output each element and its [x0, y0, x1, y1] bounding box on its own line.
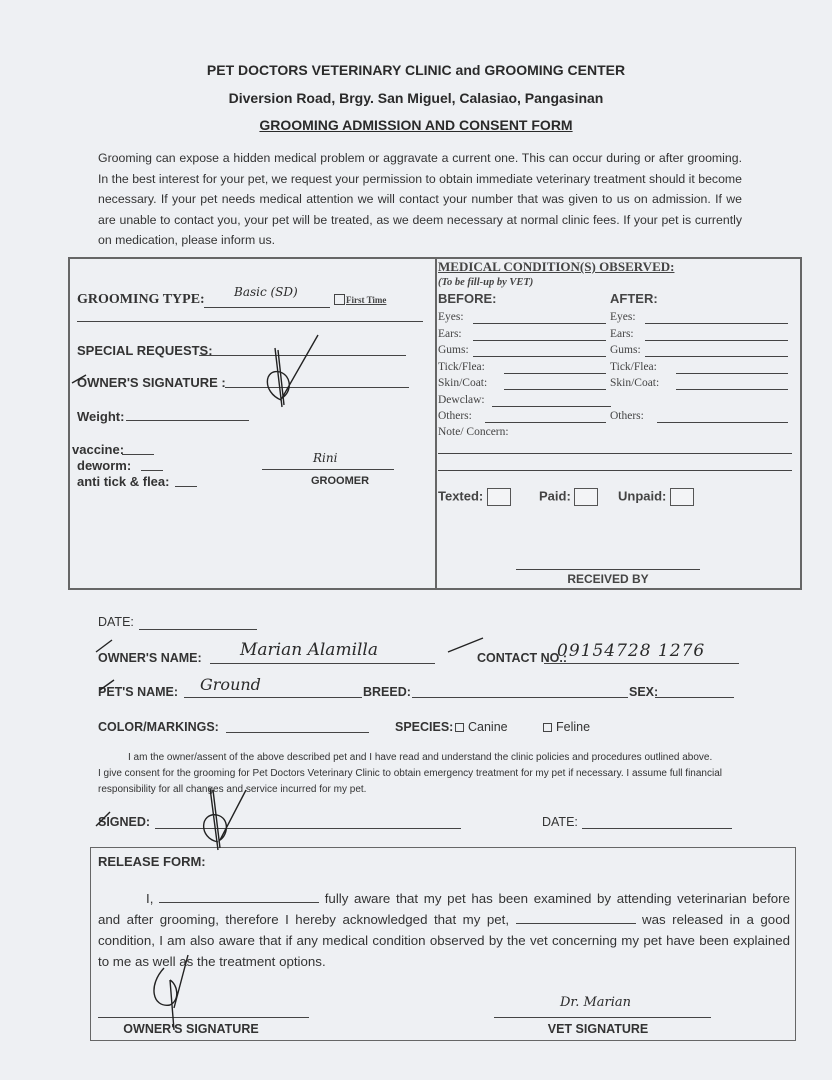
paid-checkbox[interactable] [574, 488, 598, 506]
before-field-input[interactable] [492, 406, 611, 407]
before-field-label: Tick/Flea: [438, 361, 485, 373]
species-canine-option[interactable]: Canine [455, 720, 508, 734]
pet-name-value: Ground [200, 675, 261, 694]
grooming-type-label: GROOMING TYPE: [77, 292, 205, 308]
release-i: I, [146, 891, 153, 906]
note-concern-line-1[interactable] [438, 453, 792, 454]
color-markings-field[interactable] [226, 732, 369, 733]
note-concern-label: Note/ Concern: [438, 426, 509, 438]
contact-field[interactable] [544, 663, 739, 664]
after-field-label: Ears: [610, 328, 634, 340]
first-time-checkbox[interactable] [334, 294, 345, 305]
owner-name-field[interactable] [210, 663, 435, 664]
owner-name-value: Marian Alamilla [240, 640, 378, 660]
paid-label: Paid: [539, 488, 571, 503]
grooming-type-field[interactable] [204, 307, 330, 308]
medical-title: MEDICAL CONDITION(S) OBSERVED: [438, 259, 674, 275]
consent-rest: I give consent for the grooming for Pet … [98, 766, 742, 798]
canine-label: Canine [468, 720, 508, 734]
vaccine-field[interactable] [122, 454, 154, 455]
release-owner-signature-label: OWNER'S SIGNATURE [98, 1022, 284, 1036]
feline-checkbox[interactable] [543, 723, 552, 732]
vet-signature-label: VET SIGNATURE [494, 1022, 702, 1036]
before-field-label: Dewclaw: [438, 394, 485, 406]
sex-field[interactable] [655, 697, 734, 698]
texted-label: Texted: [438, 488, 483, 503]
after-field-input[interactable] [645, 356, 788, 357]
special-requests-label: SPECIAL REQUESTS: [77, 343, 213, 358]
before-field-label: Others: [438, 410, 472, 422]
after-field-label: Others: [610, 410, 644, 422]
paid-field: Paid: [539, 488, 598, 506]
release-owner-name-field[interactable] [159, 891, 319, 903]
after-field-label: Gums: [610, 344, 641, 356]
after-field-input[interactable] [657, 422, 788, 423]
unpaid-field: Unpaid: [618, 488, 694, 506]
consent-line-1: I am the owner/assent of the above descr… [98, 750, 742, 766]
texted-checkbox[interactable] [487, 488, 511, 506]
sex-label: SEX: [629, 685, 658, 699]
date-field[interactable] [139, 629, 257, 630]
pet-name-field[interactable] [184, 697, 362, 698]
before-field-label: Ears: [438, 328, 462, 340]
grooming-type-value: Basic (SD) [234, 285, 298, 299]
consent-paragraph: I am the owner/assent of the above descr… [98, 750, 742, 798]
before-field-input[interactable] [473, 323, 606, 324]
consent-date-label: DATE: [542, 815, 578, 829]
release-owner-signature-field[interactable] [98, 1017, 309, 1018]
signed-label: SIGNED: [98, 815, 150, 829]
weight-label: Weight: [77, 409, 124, 424]
species-feline-option[interactable]: Feline [543, 720, 590, 734]
breed-label: BREED: [363, 685, 411, 699]
owner-signature-label: OWNER'S SIGNATURE : [77, 375, 226, 390]
before-field-input[interactable] [473, 356, 606, 357]
after-field-input[interactable] [645, 340, 788, 341]
before-field-input[interactable] [504, 389, 606, 390]
signed-field[interactable] [155, 828, 461, 829]
anti-tick-flea-label: anti tick & flea: [77, 474, 169, 489]
note-concern-line-2[interactable] [438, 470, 792, 471]
before-label: BEFORE: [438, 291, 497, 306]
first-time-label: First Time [346, 295, 386, 305]
vet-signature-field[interactable] [494, 1017, 711, 1018]
before-field-input[interactable] [473, 340, 606, 341]
clinic-name: PET DOCTORS VETERINARY CLINIC and GROOMI… [0, 62, 832, 78]
species-label: SPECIES: [395, 720, 453, 734]
groomer-field[interactable] [262, 469, 394, 470]
deworm-field[interactable] [141, 470, 163, 471]
weight-field[interactable] [126, 420, 249, 421]
received-by-field[interactable] [516, 569, 700, 570]
release-title: RELEASE FORM: [98, 854, 206, 869]
clinic-address: Diversion Road, Brgy. San Miguel, Calasi… [0, 90, 832, 106]
after-field-label: Eyes: [610, 311, 636, 323]
canine-checkbox[interactable] [455, 723, 464, 732]
after-label: AFTER: [610, 291, 658, 306]
owner-name-label: OWNER'S NAME: [98, 651, 202, 665]
unpaid-label: Unpaid: [618, 488, 666, 503]
color-markings-label: COLOR/MARKINGS: [98, 720, 219, 734]
vet-signature-value: Dr. Marian [560, 995, 631, 1010]
received-by-label: RECEIVED BY [516, 572, 700, 586]
after-field-label: Skin/Coat: [610, 377, 659, 389]
before-field-label: Skin/Coat: [438, 377, 487, 389]
medical-conditions-box [431, 257, 802, 590]
breed-field[interactable] [412, 697, 628, 698]
after-field-input[interactable] [645, 323, 788, 324]
before-field-input[interactable] [504, 373, 606, 374]
anti-tick-flea-field[interactable] [175, 486, 197, 487]
before-field-label: Gums: [438, 344, 469, 356]
groomer-label: GROOMER [262, 475, 418, 487]
after-field-input[interactable] [676, 373, 788, 374]
after-field-label: Tick/Flea: [610, 361, 657, 373]
release-paragraph: I, fully aware that my pet has been exam… [98, 888, 790, 972]
groomer-value: Rini [313, 451, 337, 465]
after-field-input[interactable] [676, 389, 788, 390]
grooming-type-extra-line[interactable] [77, 321, 423, 322]
consent-date-field[interactable] [582, 828, 732, 829]
before-field-label: Eyes: [438, 311, 464, 323]
date-label: DATE: [98, 615, 134, 629]
release-pet-name-field[interactable] [516, 912, 636, 924]
deworm-label: deworm: [77, 458, 131, 473]
vaccine-label: vaccine: [72, 442, 124, 457]
feline-label: Feline [556, 720, 590, 734]
contact-value: 09154728 1276 [557, 641, 705, 661]
before-field-input[interactable] [485, 422, 606, 423]
unpaid-checkbox[interactable] [670, 488, 694, 506]
owner-signature-field[interactable] [225, 387, 409, 388]
medical-subtitle: (To be fill-up by VET) [438, 277, 533, 288]
intro-paragraph: Grooming can expose a hidden medical pro… [98, 148, 742, 251]
pet-name-label: PET'S NAME: [98, 685, 178, 699]
texted-field: Texted: [438, 488, 511, 506]
form-title: GROOMING ADMISSION AND CONSENT FORM [0, 117, 832, 133]
special-requests-field[interactable] [199, 355, 406, 356]
